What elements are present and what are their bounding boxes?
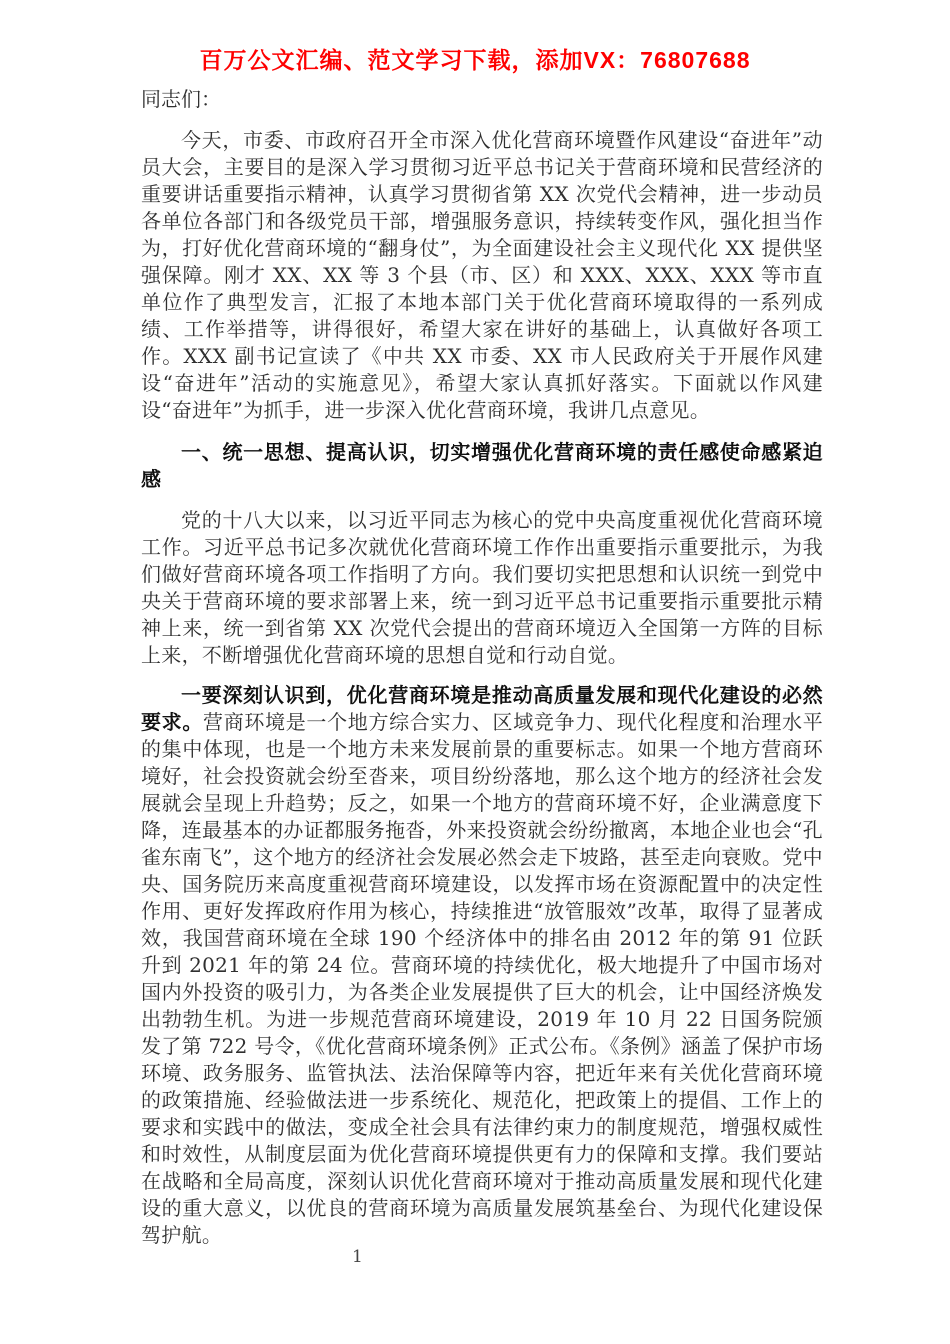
paragraph-point-1: 一要深刻认识到，优化营商环境是推动高质量发展和现代化建设的必然要求。营商环境是一…: [141, 682, 823, 1249]
page-number: 1: [352, 1246, 363, 1268]
paragraph-section1-intro: 党的十八大以来，以习近平同志为核心的党中央高度重视优化营商环境工作。习近平总书记…: [141, 507, 823, 669]
document-body: 同志们： 今天，市委、市政府召开全市深入优化营商环境暨作风建设“奋进年”动员大会…: [141, 86, 823, 1262]
point-1-body-text: 营商环境是一个地方综合实力、区域竞争力、现代化程度和治理水平的集中体现，也是一个…: [141, 710, 823, 1247]
salutation: 同志们：: [141, 86, 823, 113]
promo-header-text: 百万公文汇编、范文学习下载，添加VX：76807688: [0, 42, 950, 75]
paragraph-opening: 今天，市委、市政府召开全市深入优化营商环境暨作风建设“奋进年”动员大会，主要目的…: [141, 127, 823, 424]
section-1-heading: 一、统一思想、提高认识，切实增强优化营商环境的责任感使命感紧迫感: [141, 439, 823, 493]
document-page: 百万公文汇编、范文学习下载，添加VX：76807688 同志们： 今天，市委、市…: [0, 0, 950, 1344]
